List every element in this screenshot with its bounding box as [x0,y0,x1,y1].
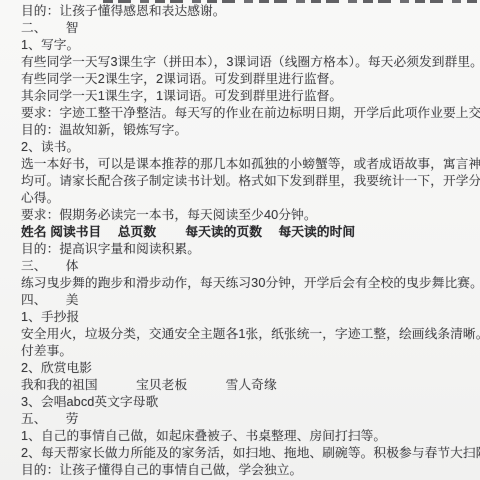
section-heading-lao: 五、 劳 [21,411,476,428]
item-reading-heading: 2、读书。 [21,139,476,156]
sport-detail: 练习曳步舞的跑步和滑步动作，每天练习30分钟，开学后会有全校的曳步舞比赛。 [21,275,476,292]
item-handcopy-heading: 1、手抄报 [21,309,476,326]
writing-detail-1: 有些同学一天写3课生字（拼田本），3课词语（线圈方格本）。每天必须发到群里。 [21,54,476,71]
document-page: 目的：让孩子懂得感恩和表达感谢。 二、 智 1、写字。 有些同学一天写3课生字（… [0,0,480,480]
section-heading-zhi: 二、 智 [21,20,476,37]
writing-detail-3: 其余同学一天1课生字，1课词语。可发到群里进行监督。 [21,88,476,105]
reading-requirement: 要求：假期务必读完一本书，每天阅读至少40分钟。 [21,207,476,224]
gratitude-purpose-line: 目的：让孩子懂得感恩和表达感谢。 [21,3,476,20]
labor-item-2: 2、每天帮家长做力所能及的家务活，如扫地、拖地、刷碗等。积极参与春节大扫除 [21,445,476,462]
reading-purpose: 目的：提高识字量和阅读积累。 [21,241,476,258]
movie-list: 我和我的祖国 宝贝老板 雪人奇缘 [21,377,476,394]
item-writing-heading: 1、写字。 [21,37,476,54]
handcopy-detail-1: 安全用火，垃圾分类，交通安全主题各1张，纸张统一，字迹工整，绘画线条清晰。拒绝应 [21,326,476,343]
item-movies-heading: 2、欣赏电影 [21,360,476,377]
labor-item-1: 1、自己的事情自己做，如起床叠被子、书桌整理、房间打扫等。 [21,428,476,445]
cropped-text-remnant [103,0,480,3]
labor-purpose: 目的：让孩子懂得自己的事情自己做，学会独立。 [21,462,476,479]
writing-requirement: 要求：字迹工整干净整洁。每天写的作业在前边标明日期，开学后此项作业要上交。 [21,105,476,122]
reading-log-table-header: 姓名 阅读书目 总页数 每天读的页数 每天读的时间 [21,224,476,241]
writing-purpose: 目的：温故知新，锻炼写字。 [21,122,476,139]
handcopy-detail-2: 付差事。 [21,343,476,360]
section-heading-ti: 三、 体 [21,258,476,275]
section-heading-mei: 四、 美 [21,292,476,309]
reading-detail-1: 选一本好书，可以是课本推荐的那几本如孤独的小螃蟹等，或者成语故事，寓言神话故事 [21,156,476,173]
writing-detail-2: 有些同学一天2课生字，2课词语。可发到群里进行监督。 [21,71,476,88]
item-english-song: 3、会唱abcd英文字母歌 [21,394,476,411]
reading-detail-3: 心得。 [21,190,476,207]
reading-detail-2: 均可。请家长配合孩子制定读书计划。格式如下发到群里，我要统计一下，开学分享读书 [21,173,476,190]
